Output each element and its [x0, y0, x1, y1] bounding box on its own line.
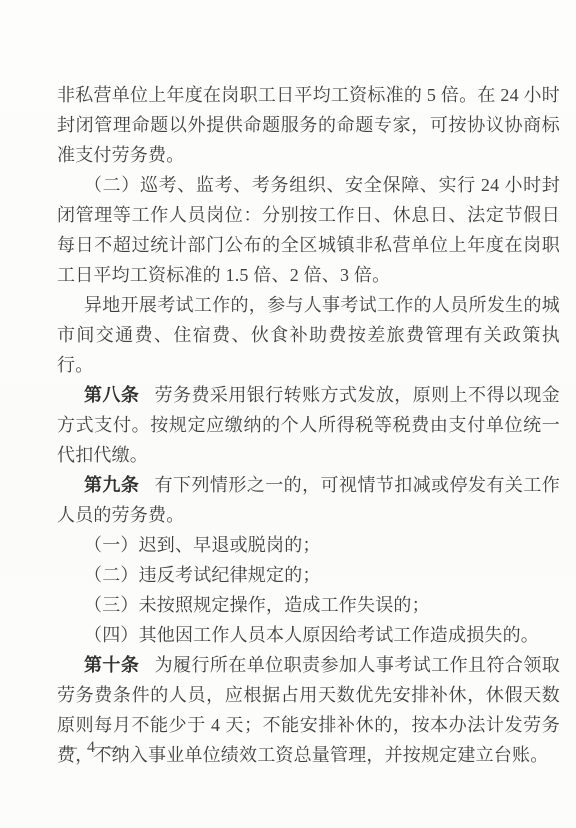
paragraph-text: （二）巡考、监考、考务组织、安全保障、实行 24 小时封闭管理等工作人员岗位：分…: [57, 175, 560, 285]
paragraph-clause-2: （二）巡考、监考、考务组织、安全保障、实行 24 小时封闭管理等工作人员岗位：分…: [57, 170, 560, 290]
paragraph-text: （二）违反考试纪律规定的；: [84, 565, 321, 585]
paragraph-continued-from-previous-page: 非私营单位上年度在岗职工日平均工资标准的 5 倍。在 24 小时封闭管理命题以外…: [57, 80, 560, 170]
paragraph-item-3: （三）未按照规定操作，造成工作失误的；: [57, 590, 560, 620]
paragraph-text: （一）迟到、早退或脱岗的；: [84, 535, 321, 555]
paragraph-text: 异地开展考试工作的，参与人事考试工作的人员所发生的城市间交通费、住宿费、伙食补助…: [57, 295, 560, 375]
article-8-lead: 第八条: [84, 385, 139, 405]
scanned-document-page: 非私营单位上年度在岗职工日平均工资标准的 5 倍。在 24 小时封闭管理命题以外…: [0, 0, 576, 828]
paragraph-article-8: 第八条劳务费采用银行转账方式发放，原则上不得以现金方式支付。按规定应缴纳的个人所…: [57, 380, 560, 470]
paragraph-travel-expenses: 异地开展考试工作的，参与人事考试工作的人员所发生的城市间交通费、住宿费、伙食补助…: [57, 290, 560, 380]
paragraph-text: 非私营单位上年度在岗职工日平均工资标准的 5 倍。在 24 小时封闭管理命题以外…: [57, 85, 560, 165]
paragraph-article-9: 第九条有下列情形之一的，可视情节扣减或停发有关工作人员的劳务费。: [57, 470, 560, 530]
document-body: 非私营单位上年度在岗职工日平均工资标准的 5 倍。在 24 小时封闭管理命题以外…: [57, 80, 560, 770]
paragraph-article-10: 第十条为履行所在单位职责参加人事考试工作且符合领取劳务费条件的人员，应根据占用天…: [57, 650, 560, 770]
paragraph-text: （三）未按照规定操作，造成工作失误的；: [84, 595, 430, 615]
paragraph-text: （四）其他因工作人员本人原因给考试工作造成损失的。: [84, 625, 539, 645]
paragraph-item-4: （四）其他因工作人员本人原因给考试工作造成损失的。: [57, 620, 560, 650]
page-number: — 4 —: [61, 736, 124, 760]
article-9-lead: 第九条: [84, 475, 139, 495]
paragraph-item-2: （二）违反考试纪律规定的；: [57, 560, 560, 590]
article-10-lead: 第十条: [84, 655, 139, 675]
paragraph-item-1: （一）迟到、早退或脱岗的；: [57, 530, 560, 560]
